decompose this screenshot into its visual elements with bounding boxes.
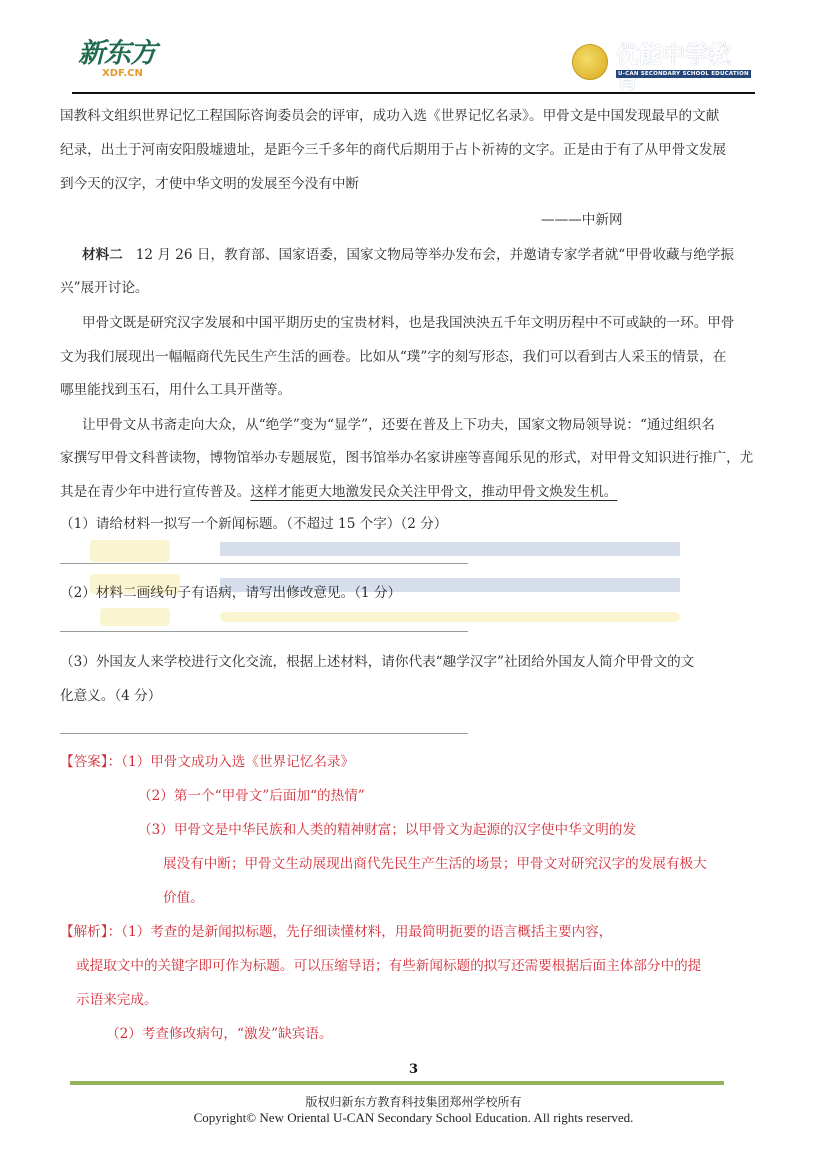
analysis-line-2: 或提取文中的关键字即可作为标题。可以压缩导语；有些新闻标题的拟写还需要根据后面主… (76, 949, 776, 983)
material-two-para3-line1: 让甲骨文从书斋走向大众，从“绝学”变为“显学”，还要在普及上下功夫，国家文物局领… (82, 408, 782, 442)
answer-blank-3[interactable] (60, 733, 468, 734)
analysis-line-4: （2）考查修改病句，“激发”缺宾语。 (106, 1017, 806, 1051)
material-one-line-1: 国教科文组织世界记忆工程国际咨询委员会的评审，成功入选《世界记忆名录》。甲骨文是… (60, 99, 760, 133)
material-two-para1-line2: 兴”展开讨论。 (60, 271, 760, 305)
xdf-logo-cn: 新东方 (78, 40, 178, 68)
material-two-para2-line3: 哪里能找到玉石，用什么工具开凿等。 (60, 373, 760, 407)
material-two-para1-line1: 12 月 26 日，教育部、国家语委，国家文物局等举办发布会，并邀请专家学者就“… (136, 247, 734, 263)
analysis-label: 【解析】： (60, 924, 121, 940)
analysis-line-1: 【解析】：（1）考查的是新闻拟标题，先仔细读懂材料，用最简明扼要的语言概括主要内… (60, 915, 760, 949)
analysis-line-3: 示语来完成。 (76, 983, 776, 1017)
material-one-line-3: 到今天的汉字，才使中华文明的发展至今没有中断 (60, 167, 760, 201)
para3-plain: 其是在青少年中进行宣传普及。 (60, 484, 250, 500)
ucan-badge-icon (572, 44, 608, 80)
question-2: （2）材料二画线句子有语病，请写出修改意见。（1 分） (60, 576, 760, 610)
material-one-line-2: 纪录，出土于河南安阳殷墟遗址，是距今三千多年的商代后期用于占卜祈祷的文字。正是由… (60, 133, 760, 167)
answer-item-3: （3）甲骨文是中华民族和人类的精神财富；以甲骨文为起源的汉字使中华文明的发 (138, 813, 827, 847)
question-3: （3）外国友人来学校进行文化交流，根据上述材料，请你代表“趣学汉字”社团给外国友… (60, 645, 760, 679)
analysis-item-1: （1）考查的是新闻拟标题，先仔细读懂材料，用最简明扼要的语言概括主要内容， (121, 924, 612, 940)
underlined-sentence: 这样才能更大地激发民众关注甲骨文，推动甲骨文焕发生机。 (250, 484, 617, 500)
answer-item-3-cont-2: 价值。 (163, 881, 827, 915)
xdf-logo-en: XDF.CN (102, 68, 178, 80)
ucan-logo: 优能中学教育 U-CAN SECONDARY SCHOOL EDUCATION (572, 40, 752, 84)
material-two-para3-line3: 其是在青少年中进行宣传普及。这样才能更大地激发民众关注甲骨文，推动甲骨文焕发生机… (60, 475, 760, 509)
question-3-cont: 化意义。（4 分） (60, 679, 760, 713)
xdf-logo: 新东方 XDF.CN (78, 40, 178, 86)
answer-blank-1[interactable] (60, 563, 468, 564)
material-two-para3-line2: 家撰写甲骨文科普读物，博物馆举办专题展览，图书馆举办名家讲座等喜闻乐见的形式，对… (60, 441, 760, 475)
material-two-para2-line2: 文为我们展现出一幅幅商代先民生产生活的画卷。比如从“璞”字的刻写形态，我们可以看… (60, 340, 760, 374)
source-attribution: ———中新网 (541, 203, 623, 237)
ucan-logo-en: U-CAN SECONDARY SCHOOL EDUCATION (616, 70, 751, 78)
answer-blank-2[interactable] (60, 631, 468, 632)
footer-copyright-en: Copyright© New Oriental U-CAN Secondary … (0, 1110, 827, 1126)
page-number: 3 (0, 1062, 827, 1077)
question-1: （1）请给材料一拟写一个新闻标题。（不超过 15 个字）（2 分） (60, 507, 760, 541)
answer-label: 【答案】： (60, 754, 121, 770)
header-divider (72, 92, 755, 94)
answer-item-1: （1）甲骨文成功入选《世界记忆名录》 (121, 754, 354, 770)
material-two-para2-line1: 甲骨文既是研究汉字发展和中国平期历史的宝贵材料，也是我国泱泱五千年文明历程中不可… (82, 306, 782, 340)
answer-item-2: （2）第一个“甲骨文”后面加“的热情” (138, 779, 827, 813)
ucan-logo-cn: 优能中学教育 (616, 42, 752, 94)
material-two-line-1: 材料二 12 月 26 日，教育部、国家语委，国家文物局等举办发布会，并邀请专家… (82, 238, 782, 272)
answer-item-3-cont-1: 展没有中断；甲骨文生动展现出商代先民生产生活的场景；甲骨文对研究汉字的发展有极大 (163, 847, 827, 881)
material-two-label: 材料二 (82, 247, 123, 263)
footer-divider (70, 1081, 724, 1085)
answer-line-1: 【答案】：（1）甲骨文成功入选《世界记忆名录》 (60, 745, 760, 779)
footer-copyright-cn: 版权归新东方教育科技集团郑州学校所有 (0, 1093, 827, 1110)
